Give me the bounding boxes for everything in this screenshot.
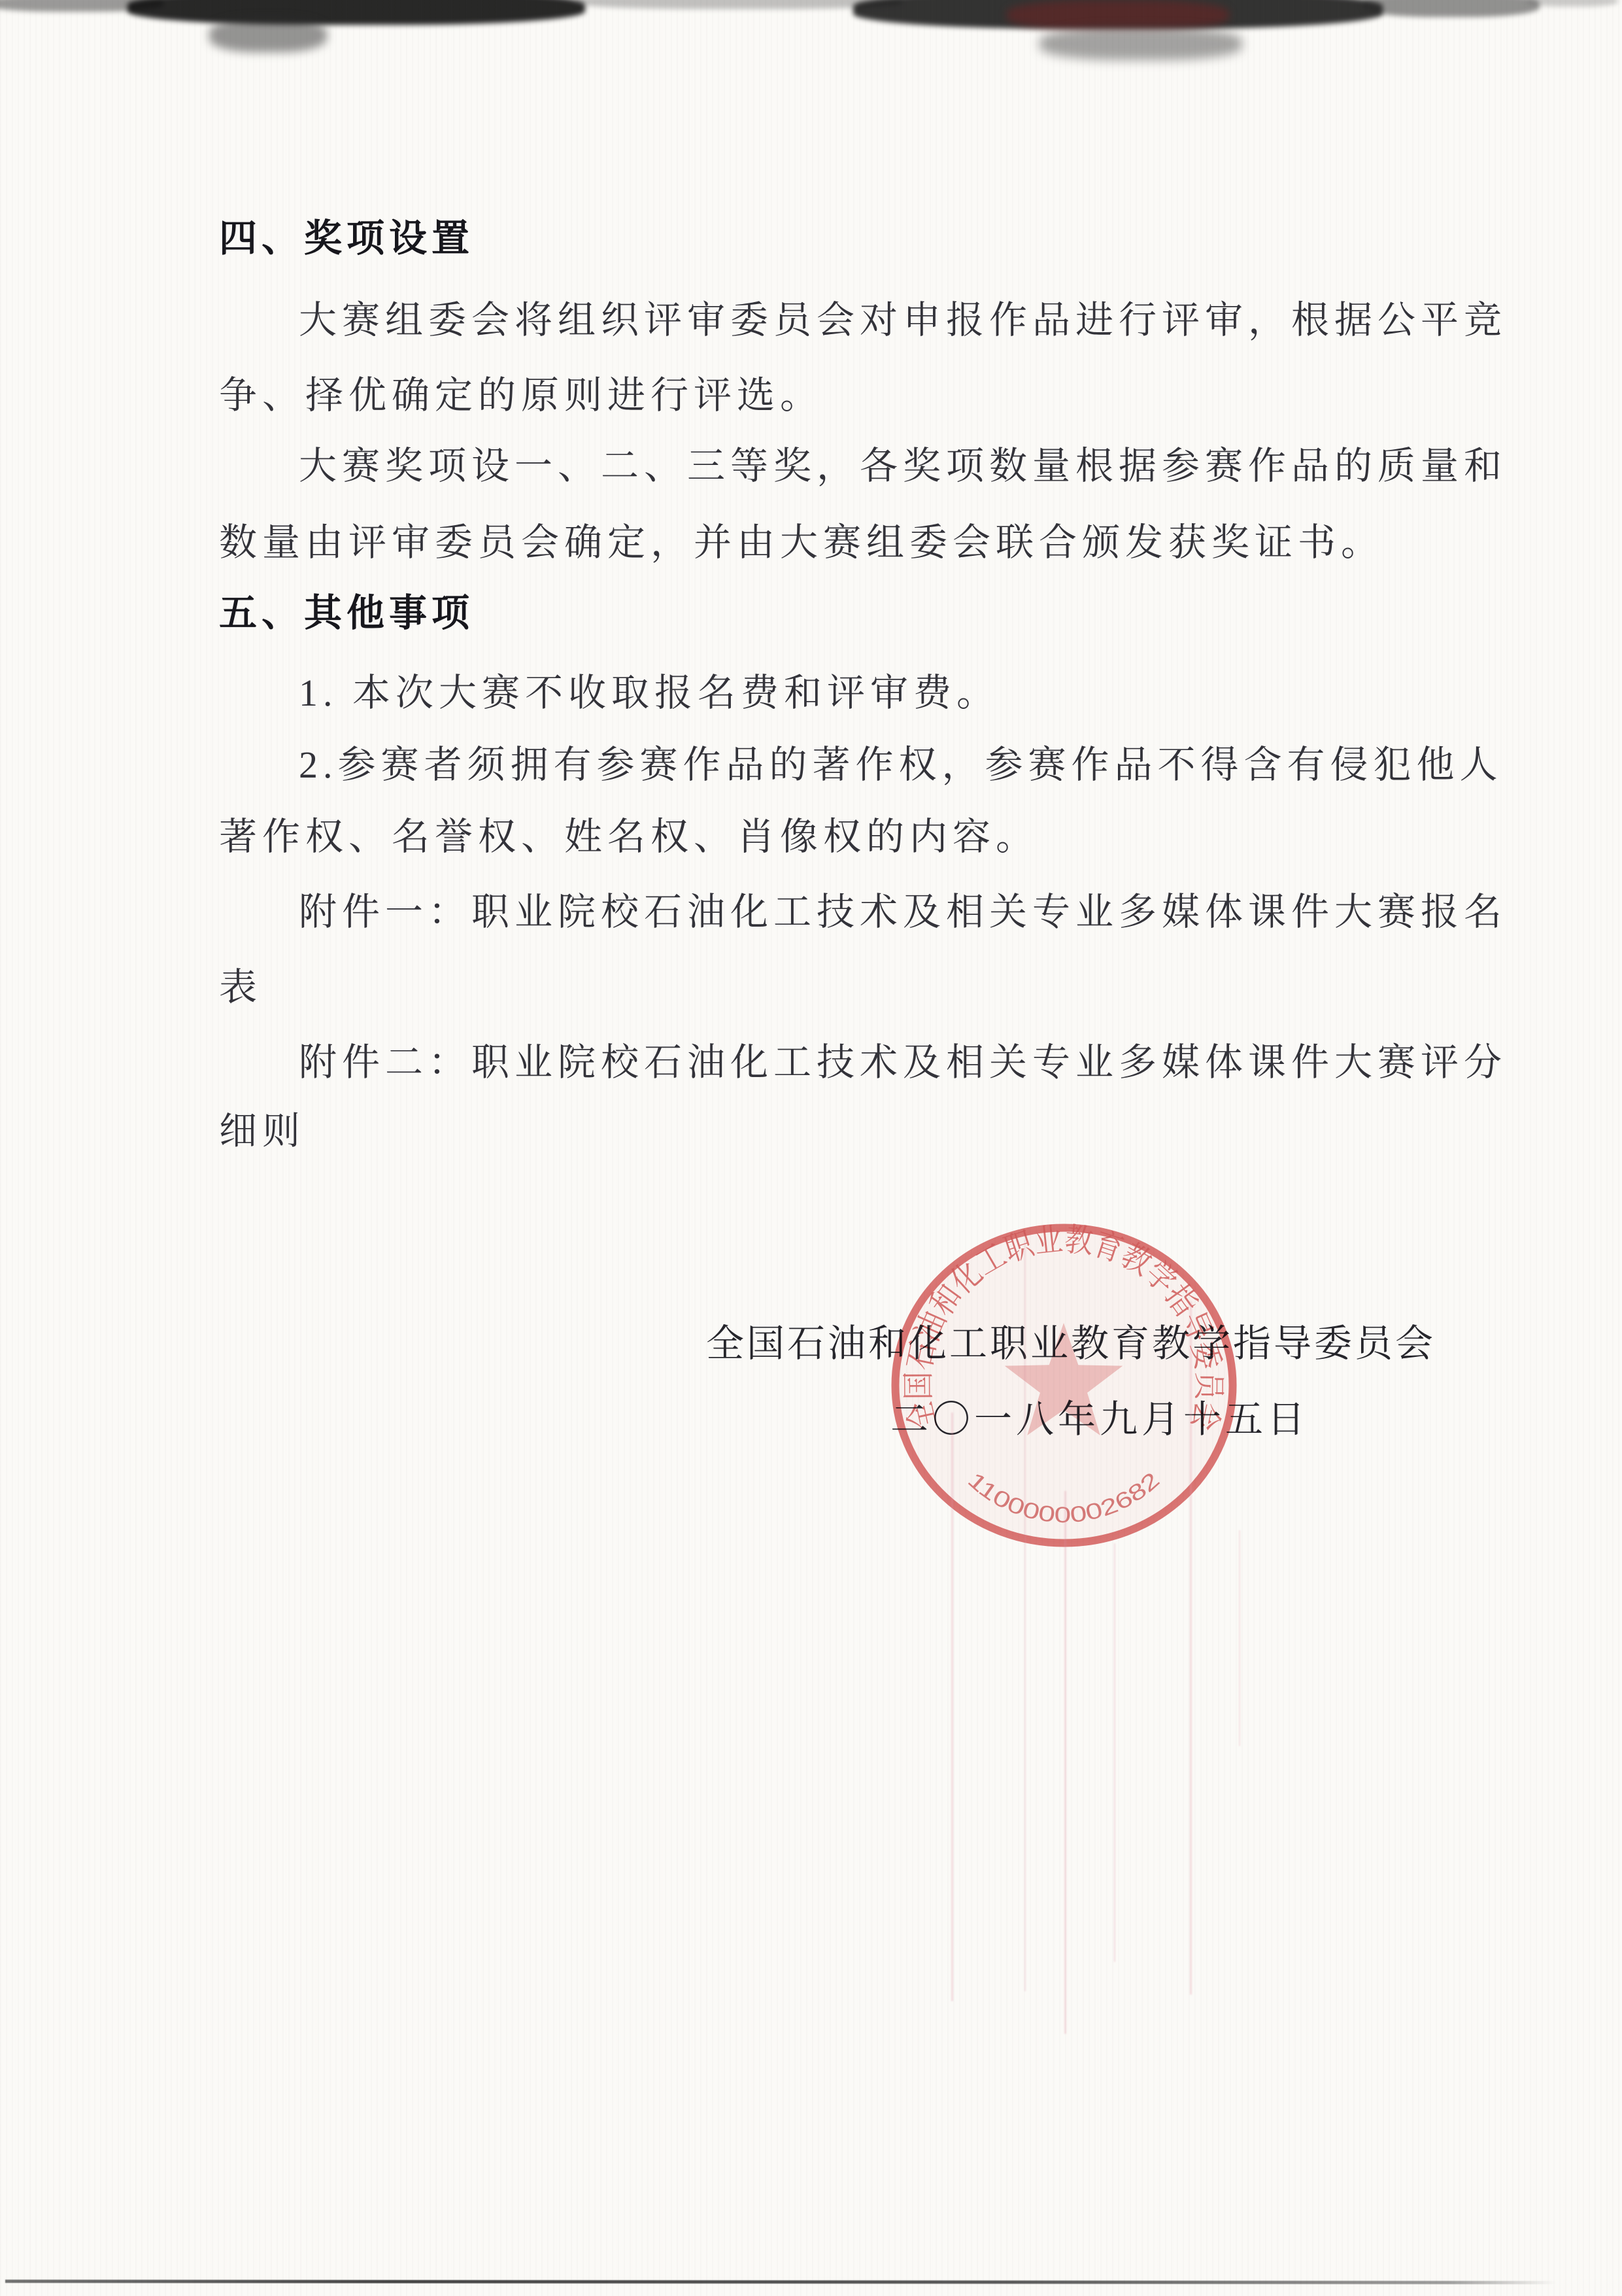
scan-artifact-top — [1363, 0, 1540, 17]
scan-artifact-top — [1039, 27, 1242, 60]
scanned-document-page: 四、奖项设置 大赛组委会将组织评审委员会对申报作品进行评审，根据公平竞 争、择优… — [0, 0, 1622, 2296]
scan-artifact-top — [1527, 0, 1618, 7]
ink-streak — [1114, 1543, 1115, 1962]
text-line: 大赛奖项设一、二、三等奖，各奖项数量根据参赛作品的质量和 — [299, 447, 1507, 485]
ink-streak — [951, 1413, 953, 2001]
text-line-item-2: 2.参赛者须拥有参赛作品的著作权，参赛作品不得含有侵犯他人 — [299, 746, 1503, 784]
text-line-attachment-1: 附件一：职业院校石油化工技术及相关专业多媒体课件大赛报名 — [299, 893, 1507, 931]
text-line: 著作权、名誉权、姓名权、肖像权的内容。 — [219, 818, 1039, 856]
scan-artifact-bottom-line — [5, 2280, 1556, 2284]
ink-streak — [1064, 1491, 1066, 2034]
scan-artifact-top — [127, 0, 585, 25]
scan-artifact-top — [209, 18, 327, 52]
scan-artifact-top — [1007, 0, 1229, 30]
section-heading-awards: 四、奖项设置 — [219, 220, 474, 258]
text-line-item-1: 1. 本次大赛不收取报名费和评审费。 — [299, 674, 1000, 712]
text-line: 数量由评审委员会确定，并由大赛组委会联合颁发获奖证书。 — [219, 524, 1384, 562]
ink-streak — [1190, 1301, 1192, 1995]
text-line: 细则 — [219, 1112, 305, 1150]
ink-streak — [1024, 1239, 1026, 1991]
text-line: 大赛组委会将组织评审委员会对申报作品进行评审，根据公平竞 — [299, 301, 1507, 339]
text-line-attachment-2: 附件二：职业院校石油化工技术及相关专业多媒体课件大赛评分 — [299, 1044, 1507, 1082]
section-heading-other: 五、其他事项 — [219, 594, 474, 632]
text-line: 表 — [219, 968, 262, 1006]
ink-streak — [1239, 1530, 1240, 1746]
text-line: 争、择优确定的原则进行评选。 — [219, 377, 823, 415]
